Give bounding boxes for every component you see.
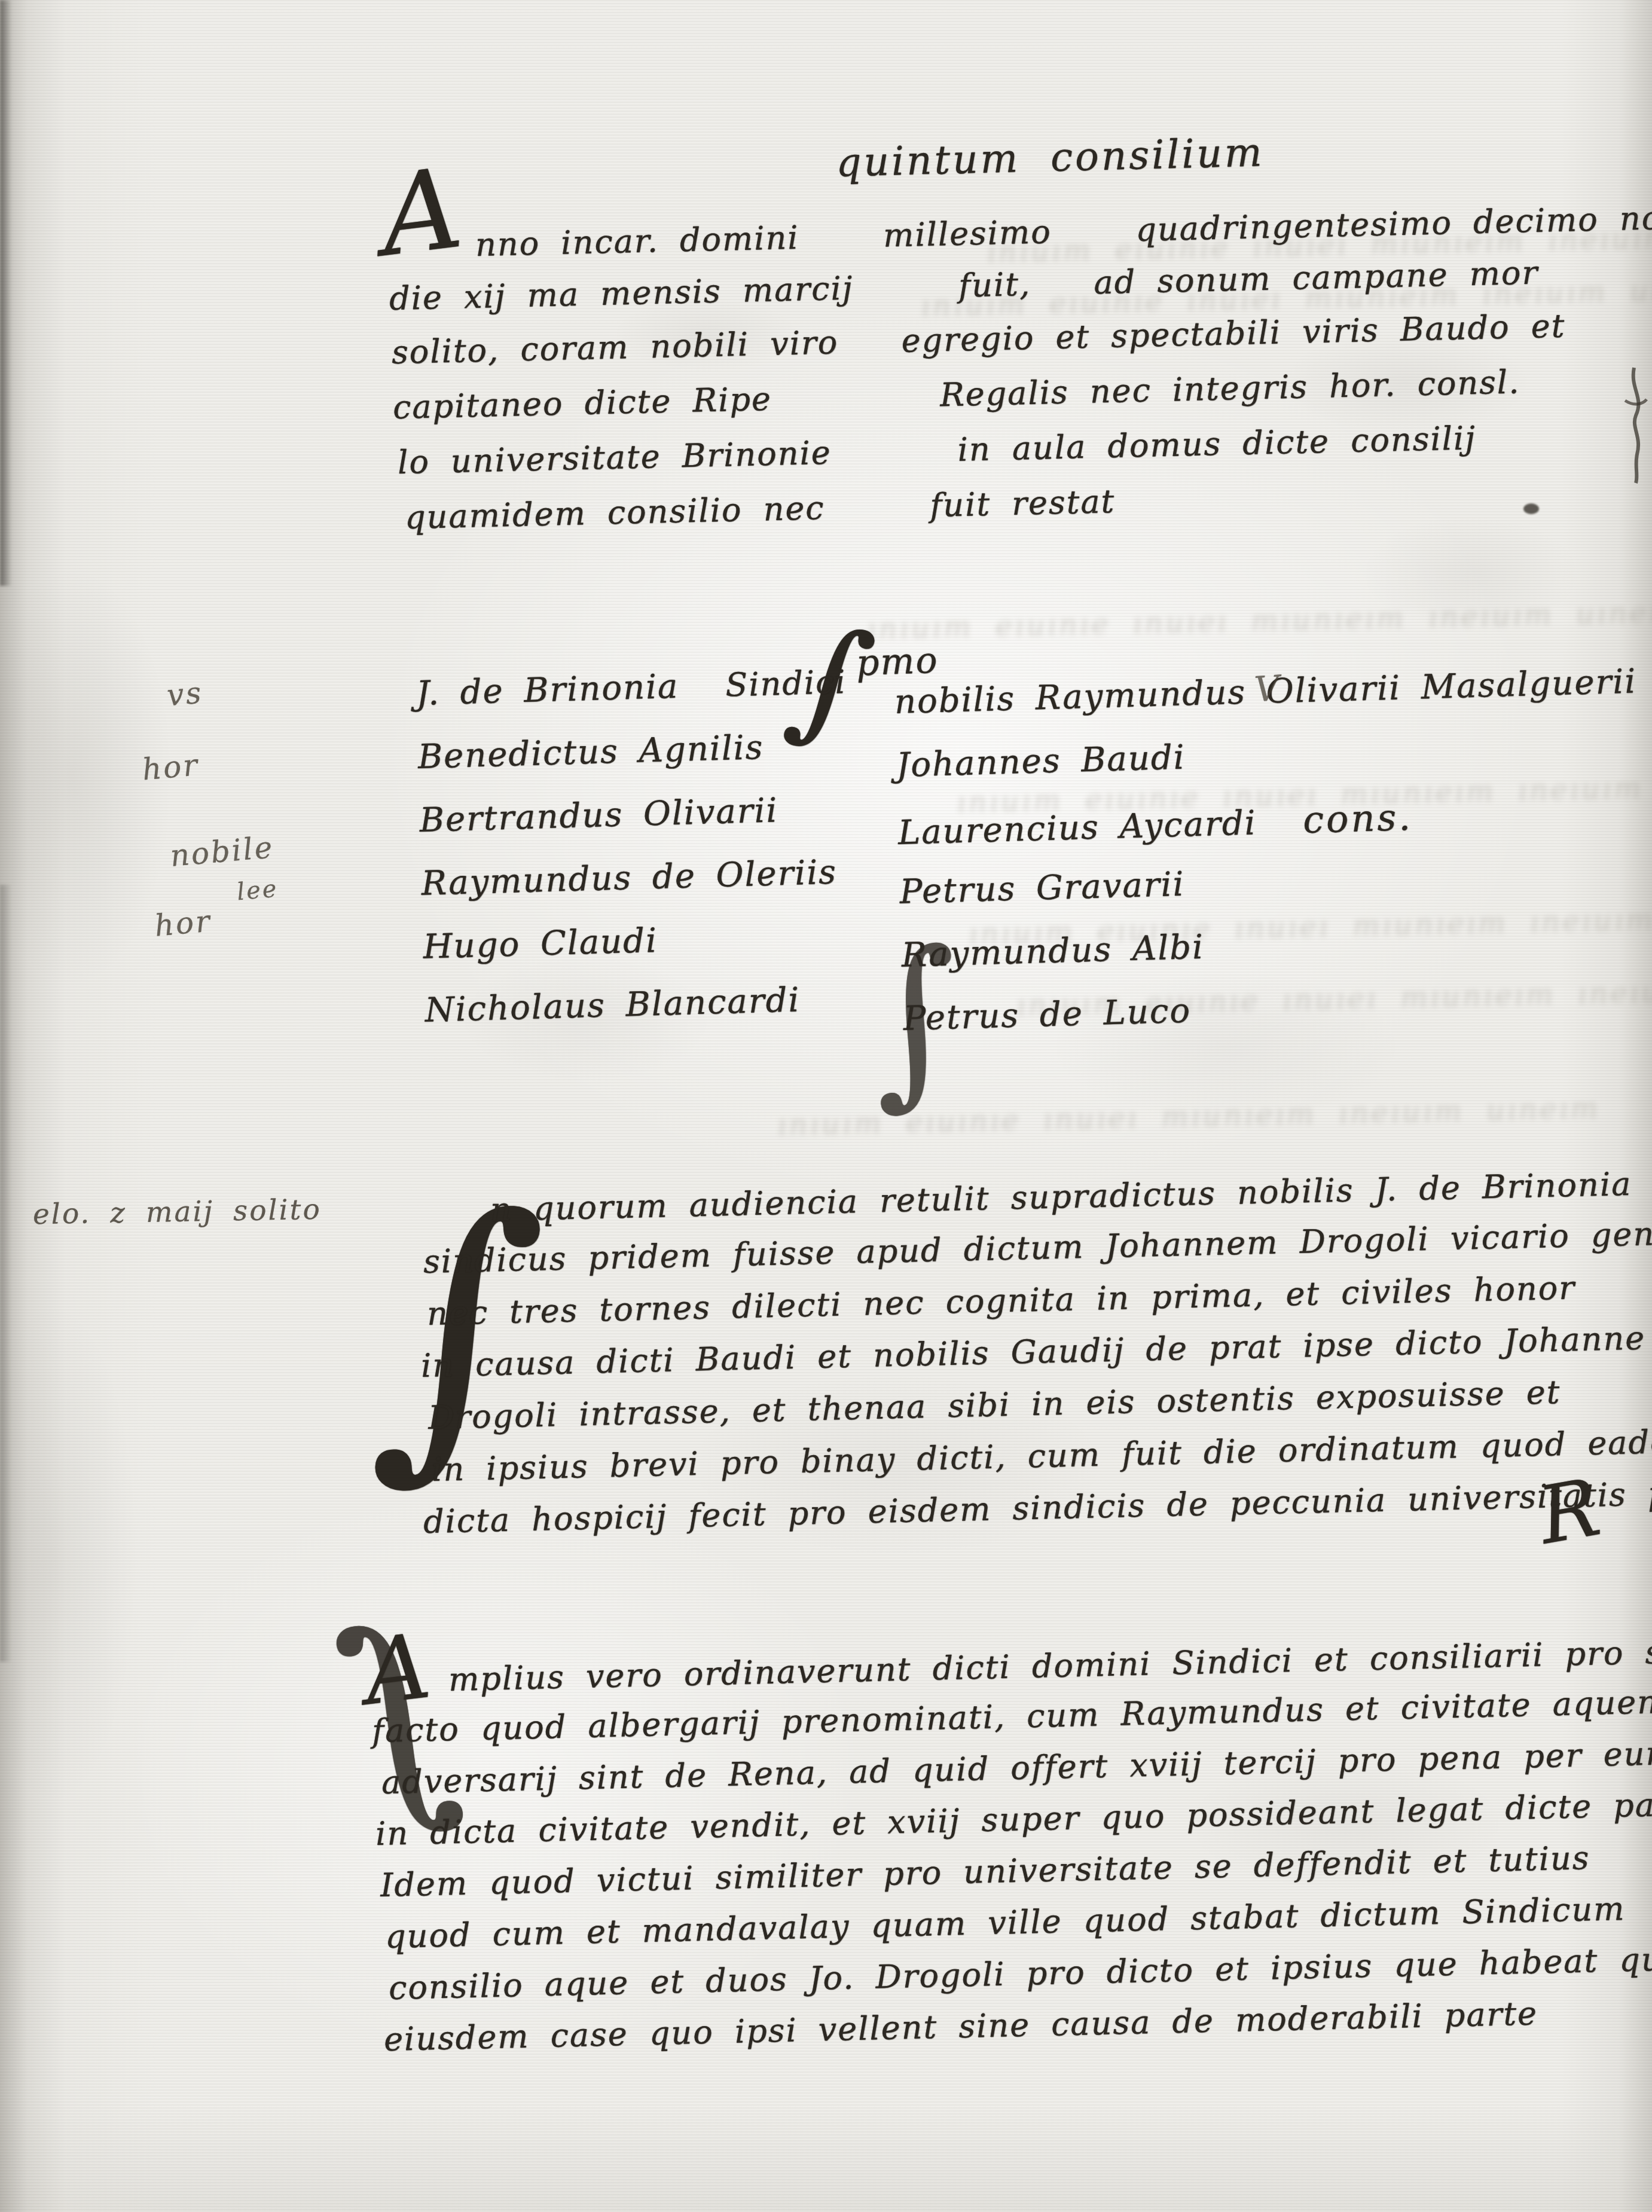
initial-flourish: A bbox=[374, 153, 467, 273]
attendee-list-right: nobilis Raymundus Olivarii Masalguerii J… bbox=[894, 662, 1647, 1062]
manuscript-line: lo universitate Brinonie in aula domus d… bbox=[397, 419, 1476, 481]
manuscript-line: nno incar. domini millesimo quadringente… bbox=[475, 198, 1652, 264]
manuscript-line: in causa dicti Baudi et nobilis Gaudij d… bbox=[420, 1319, 1645, 1385]
list-item: Benedictus Agnilis bbox=[417, 726, 850, 801]
margin-note: vs bbox=[166, 675, 204, 713]
attendee-name: J. de Brinonia bbox=[416, 667, 679, 713]
attendee-name: Laurencius Aycardi bbox=[897, 803, 1257, 853]
manuscript-page: ınıuım eıuınıe ınuıeı mıunıeım ıneıuım u… bbox=[0, 0, 1652, 2212]
attendee-list-left: J. de BrinoniaSindici Benedictus Agnilis… bbox=[416, 662, 856, 1055]
binding-edge-streak bbox=[0, 0, 12, 586]
manuscript-line: eiusdem case quo ipsi vellent sine causa… bbox=[383, 1994, 1538, 2058]
attendee-name: Petrus Gravarii bbox=[899, 865, 1185, 912]
margin-note-superscript: lee bbox=[236, 875, 279, 906]
edge-ink-mark bbox=[1607, 365, 1649, 484]
list-item: Hugo Claudi bbox=[423, 916, 855, 991]
role-label-sindici: Sindici bbox=[725, 663, 847, 704]
list-item: Raymundus de Oleriis bbox=[421, 853, 853, 928]
manuscript-line: solito, coram nobili viro egregio et spe… bbox=[391, 307, 1566, 371]
margin-note: hor bbox=[153, 904, 213, 943]
manuscript-line: quamidem consilio nec fuit restat bbox=[404, 482, 1116, 536]
list-item: Bertrandus Olivarii bbox=[419, 789, 851, 864]
margin-checkmark: V bbox=[1253, 668, 1281, 710]
initial-letter: A bbox=[359, 1621, 435, 1718]
manuscript-line: die xij ma mensis marcij fuit, ad sonum … bbox=[389, 253, 1538, 317]
section-marker-primo: pmo bbox=[856, 640, 939, 685]
ink-blot bbox=[1523, 503, 1539, 514]
attendee-name: Johannes Baudi bbox=[896, 738, 1186, 784]
attendee-name: Hugo Claudi bbox=[423, 921, 658, 967]
margin-note: elo. z maij solito bbox=[33, 1193, 322, 1231]
role-label-consiliarii: cons. bbox=[1302, 795, 1413, 842]
list-item: Nicholaus Blancardi bbox=[425, 979, 857, 1055]
binding-edge-streak bbox=[0, 885, 12, 1662]
manuscript-line: capitaneo dicte Ripe Regalis nec integri… bbox=[392, 363, 1520, 426]
page-heading: quintum consilium bbox=[835, 129, 1265, 185]
manuscript-line: nec tres tornes dilecti nec cognita in p… bbox=[426, 1269, 1575, 1333]
list-item: J. de BrinoniaSindici bbox=[416, 662, 848, 738]
margin-note: hor bbox=[141, 747, 200, 787]
margin-note: nobile bbox=[169, 830, 275, 873]
manuscript-line: Drogoli intrasse, et thenaa sibi in eis … bbox=[427, 1373, 1561, 1437]
bleedthrough-ghost-text: ınıuım eıuınıe ınuıeı mıunıeım ıneıuım u… bbox=[867, 595, 1652, 646]
